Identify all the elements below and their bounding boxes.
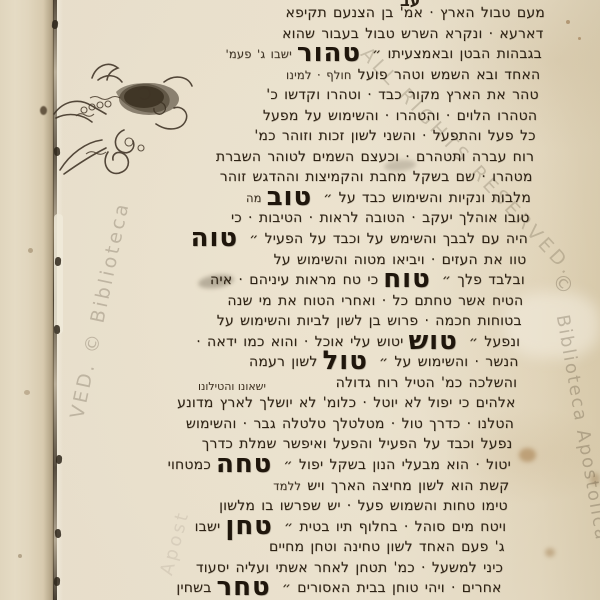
- text-segment: הטהרו הלוים · והטהרו · והשימוש על מפעל: [263, 108, 537, 124]
- text-line: טהר את הארץ מקור כבד · וטהרו וקדשו כ': [0, 85, 539, 106]
- text-line: הטלנו · כדרך טול · מטלטלך טלטלה גבר · וה…: [0, 414, 514, 435]
- text-segment: מה: [246, 191, 262, 205]
- text-line: רוח עברה ותטהרם · וכעצם השמים לטוהר השבר…: [0, 147, 534, 168]
- text-segment: אלהים כי יפול לא יוטל · כלומ' לא יושלך ל…: [177, 395, 515, 411]
- text-segment: בשחין: [176, 580, 211, 596]
- text-segment: יטול · הוא מבעלי הנון בשקל יפול ״: [277, 457, 511, 473]
- text-segment: לשון רעמה: [249, 354, 318, 370]
- text-segment: ישבו ג' פעמ': [225, 47, 291, 61]
- manuscript-text-block: מעם טבול הארץ · אמ' בן הצנעם תקיפא דארעא…: [0, 3, 545, 599]
- text-segment: ונפעל ״: [463, 334, 520, 350]
- interlinear-gloss: ישאונו והטילונו: [198, 380, 266, 393]
- text-segment: כמטחוי: [168, 457, 211, 473]
- text-segment: כל פעל והתפעל · והשני לשון זכות וזוהר כמ…: [254, 128, 535, 144]
- text-segment: טובו אוהלך יעקב · הטובה לראות · הטיבות ·…: [231, 210, 530, 226]
- text-line: טובו אוהלך יעקב · הטובה לראות · הטיבות ·…: [0, 208, 530, 229]
- text-segment: רוח עברה ותטהרם · וכעצם השמים לטוהר השבר…: [216, 149, 534, 165]
- text-line: בגבהות הבטן ובאמצעיתו ״ טהורישבו ג' פעמ': [0, 44, 542, 65]
- text-segment: והשלכה כמ' הטיל רוח גדולה: [336, 375, 517, 391]
- text-segment: היה עם לבבך והשימש על וכבד על הפעיל ״: [243, 231, 528, 247]
- text-line: ויטח מים סוהל · בחלוף תיו בטית ״ טחןישבו: [0, 517, 506, 538]
- text-segment: חולף · למינו: [286, 68, 352, 82]
- text-segment: הטיח אשר טחתם כל · ואחרי הטוח את מי שנה: [227, 293, 523, 309]
- text-segment: קשת הוא לשון מחיצה הארך ויש: [301, 478, 509, 494]
- text-segment: טהר את הארץ מקור כבד · וטהרו וקדשו כ': [266, 87, 539, 103]
- text-segment: כי טח מראות עיניהם · איה: [210, 272, 378, 288]
- text-line: אלהים כי יפול לא יוטל · כלומ' לא יושלך ל…: [0, 393, 516, 414]
- text-segment: בטוחות חכמה · פרוש בן לשון לביות והשימוש…: [217, 313, 522, 329]
- text-segment: ישבו: [195, 519, 221, 535]
- text-line: מעם טבול הארץ · אמ' בן הצנעם תקיפא: [0, 3, 545, 24]
- text-segment: הנשר · והשימוש על ״: [373, 354, 519, 370]
- text-segment: יטוש עלי אוכל · והוא כמו ידאה ·: [196, 334, 403, 350]
- text-segment: ללמד: [273, 479, 301, 493]
- text-segment: אחרים · ויהי טוחן בבית האסורים ״: [276, 580, 502, 596]
- foxing-spot: [566, 20, 570, 24]
- text-line: הטהרו הלוים · והטהרו · והשימוש על מפעל: [0, 106, 537, 127]
- text-line: האחד ובא השמש וטהר פועל חולף · למינו: [0, 65, 540, 86]
- text-line: דארעא · ונקרא השרש טבול בעבור שהוא: [0, 24, 543, 45]
- text-segment: ויטח מים סוהל · בחלוף תיו בטית ״: [278, 519, 506, 535]
- text-line: ובלבד פלך ״ טוחכי טח מראות עיניהם · איה: [0, 270, 525, 291]
- text-segment: ג' פעם האחד לשון טחינה וטחן מחיים: [269, 539, 505, 555]
- text-segment: האחד ובא השמש וטהר פועל: [352, 67, 541, 83]
- text-line: מלבות ונקיות והשימוש כבד על ״ טובמה: [0, 188, 531, 209]
- text-segment: בגבהות הבטן ובאמצעיתו ״: [366, 46, 542, 62]
- text-line: ונפעל ״ טושיטוש עלי אוכל · והוא כמו ידאה…: [0, 332, 520, 353]
- text-segment: מלבות ונקיות והשימוש כבד על ״: [317, 190, 531, 206]
- text-line: כל פעל והתפעל · והשני לשון זכות וזוהר כמ…: [0, 126, 536, 147]
- text-line: הטיח אשר טחתם כל · ואחרי הטוח את מי שנה: [0, 291, 523, 312]
- text-line: היה עם לבבך והשימש על וכבד על הפעיל ״ טו…: [0, 229, 528, 250]
- foxing-spot: [590, 473, 600, 485]
- text-line: יטול · הוא מבעלי הנון בשקל יפול ״ טחהכמט…: [0, 455, 511, 476]
- manuscript-scan: עב מעם טבול הארץ · אמ' בן הצנעם תקיפא דא…: [0, 0, 600, 600]
- text-segment: הטלנו · כדרך טול · מטלטלך טלטלה גבר · וה…: [186, 416, 514, 432]
- text-line: אחרים · ויהי טוחן בבית האסורים ״ טחרבשחי…: [0, 578, 502, 599]
- text-segment: ובלבד פלך ״: [436, 272, 525, 288]
- foxing-spot: [578, 37, 581, 40]
- text-line: טוו את העזים · ויביאו מטוה והשימוש על: [0, 250, 526, 271]
- foxing-spot: [545, 548, 555, 557]
- text-segment: מעם טבול הארץ · אמ' בן הצנעם תקיפא: [286, 5, 545, 21]
